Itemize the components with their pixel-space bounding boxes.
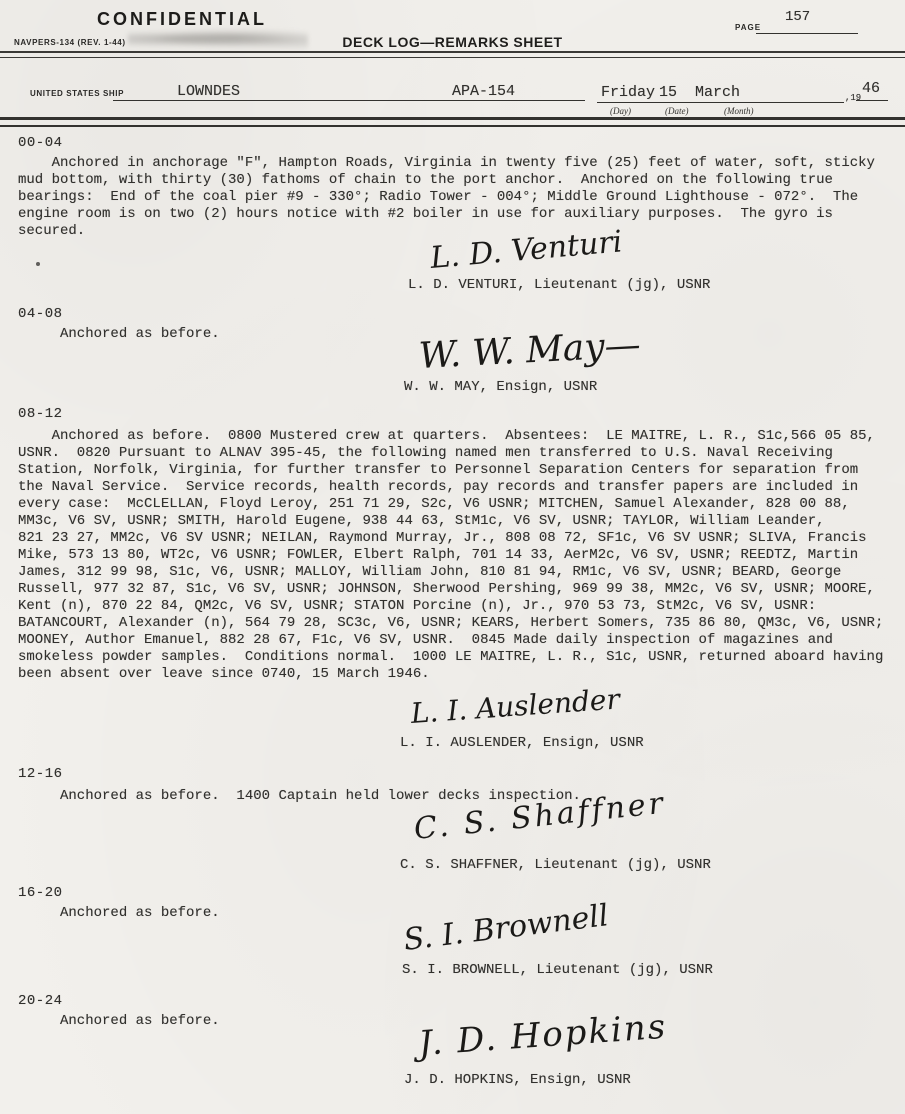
page-number: 157 (785, 9, 810, 25)
signature-script-may: W. W. May— (418, 324, 642, 377)
date-sublabel: (Date) (665, 106, 689, 116)
confidential-stamp: CONFIDENTIAL (97, 9, 267, 30)
month-sublabel: (Month) (724, 106, 754, 116)
watch-label-12-16: 12-16 (18, 766, 63, 782)
date-underline (597, 101, 844, 103)
signature-script-hopkins: J. D. Hopkins (417, 1007, 668, 1064)
signature-name-auslender: L. I. AUSLENDER, Ensign, USNR (400, 735, 644, 751)
log-month: March (695, 84, 740, 101)
ship-name: LOWNDES (177, 83, 240, 100)
log-year: 46 (862, 80, 880, 97)
year-underline (856, 99, 888, 101)
day-sublabel: (Day) (610, 106, 631, 116)
page-label: PAGE (735, 23, 761, 32)
signature-script-auslender: L. I. Auslender (410, 682, 621, 730)
signature-name-venturi: L. D. VENTURI, Lieutenant (jg), USNR (408, 277, 710, 293)
signature-name-shaffner: C. S. SHAFFNER, Lieutenant (jg), USNR (400, 857, 711, 873)
signature-script-brownell: S. I. Brownell (402, 898, 611, 958)
ink-speck (36, 262, 40, 266)
watch-label-20-24: 20-24 (18, 993, 63, 1009)
ship-label: UNITED STATES SHIP (30, 89, 124, 98)
watch-label-00-04: 00-04 (18, 135, 63, 151)
year-prefix: ,19 (845, 93, 861, 103)
watch-label-08-12: 08-12 (18, 406, 63, 422)
document-title: DECK LOG—REMARKS SHEET (0, 34, 905, 50)
header-rule (0, 51, 905, 58)
watch-label-16-20: 16-20 (18, 885, 63, 901)
signature-name-may: W. W. MAY, Ensign, USNR (404, 379, 597, 395)
watch-label-04-08: 04-08 (18, 306, 63, 322)
hull-number: APA-154 (452, 83, 515, 100)
remarks-04-08: Anchored as before. (18, 326, 220, 343)
signature-name-hopkins: J. D. HOPKINS, Ensign, USNR (404, 1072, 631, 1088)
signature-name-brownell: S. I. BROWNELL, Lieutenant (jg), USNR (402, 962, 713, 978)
deck-log-page: CONFIDENTIAL PAGE 157 NAVPERS-134 (REV. … (0, 0, 905, 1114)
log-day: Friday (601, 84, 655, 101)
remarks-00-04: Anchored in anchorage "F", Hampton Roads… (18, 155, 875, 240)
remarks-20-24: Anchored as before. (18, 1013, 220, 1030)
remarks-16-20: Anchored as before. (18, 905, 220, 922)
log-date: 15 (659, 84, 677, 101)
body-divider-rule (0, 117, 905, 127)
remarks-08-12: Anchored as before. 0800 Mustered crew a… (18, 428, 883, 683)
